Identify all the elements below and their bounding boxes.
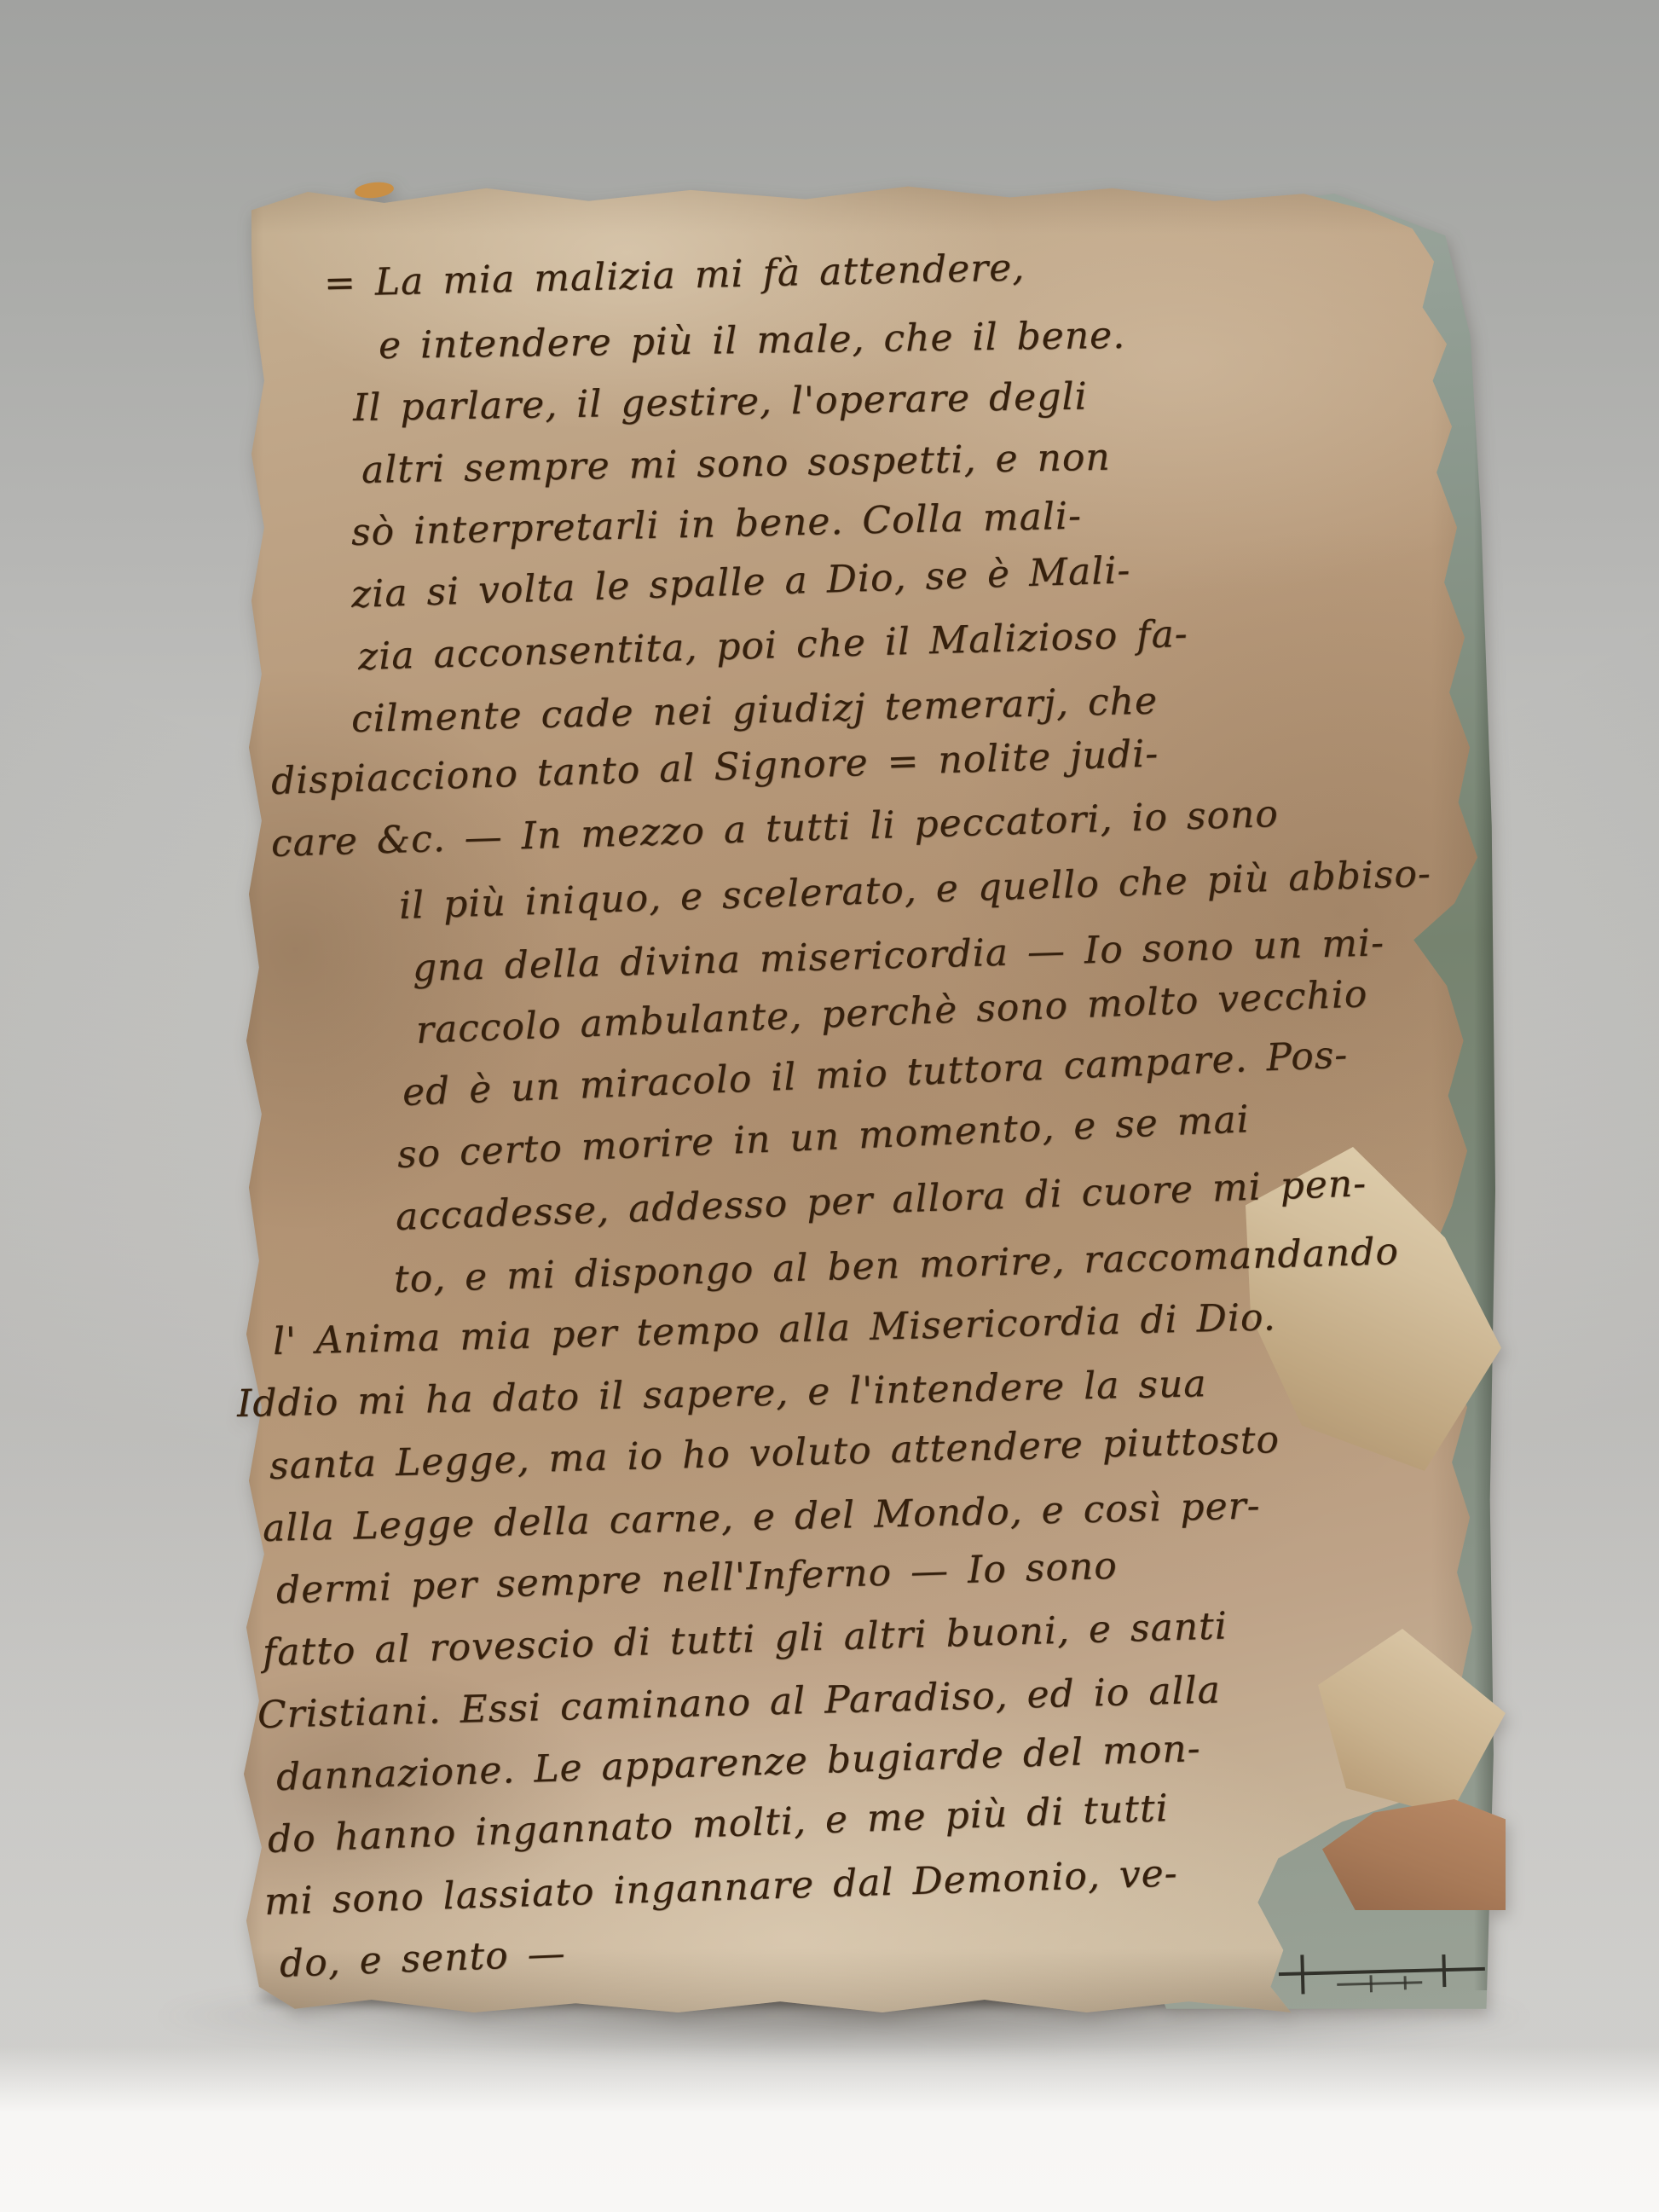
ink-ruling-marks	[1276, 1947, 1487, 2003]
table-surface	[0, 2047, 1659, 2212]
paper-chip	[354, 180, 395, 200]
photo-backdrop: = La mia malizia mi fà attendere,e inten…	[0, 0, 1659, 2212]
manuscript-text: = La mia malizia mi fà attendere,e inten…	[223, 252, 1500, 1995]
manuscript-book: = La mia malizia mi fà attendere,e inten…	[218, 179, 1495, 2012]
